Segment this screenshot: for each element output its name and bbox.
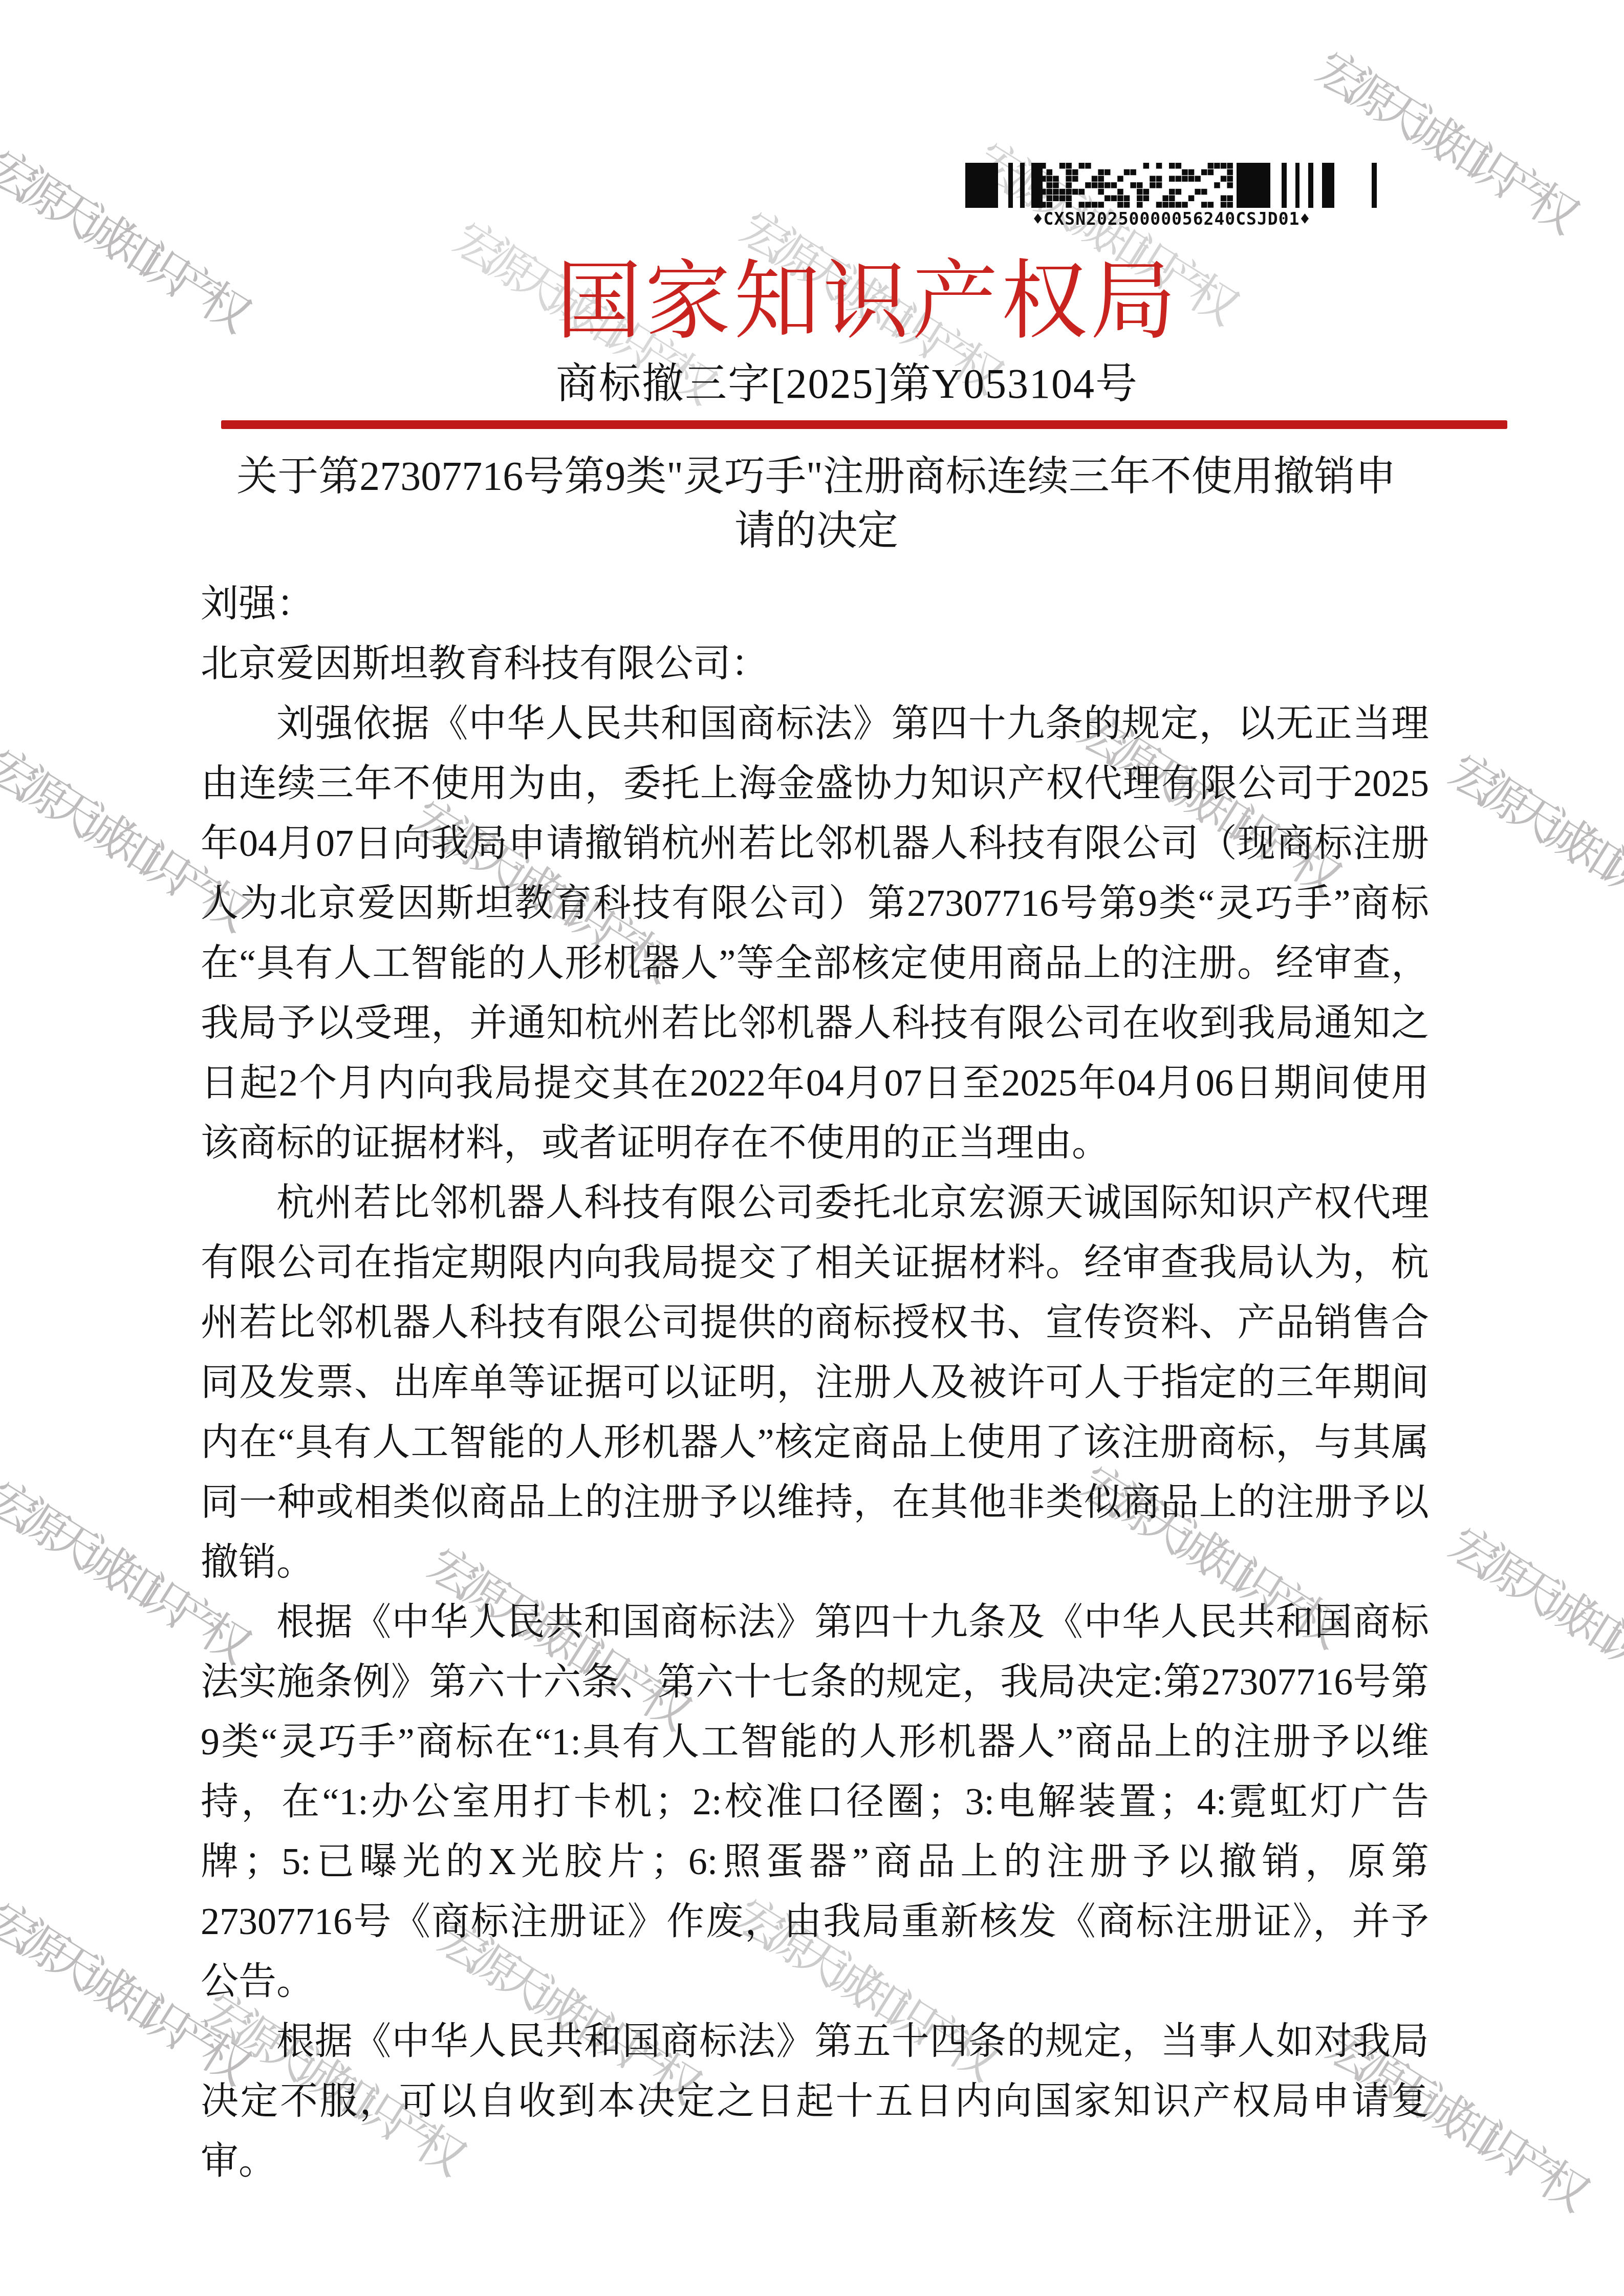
body-paragraph: 根据《中华人民共和国商标法》第四十九条及《中华人民共和国商标法实施条例》第六十六… bbox=[201, 1593, 1429, 2012]
doc-number: 商标撤三字[2025]第Y053104号 bbox=[233, 358, 1461, 410]
barcode-text: ♦CXSN20250000056240CSJD01♦ bbox=[965, 209, 1378, 229]
barcode: ♦CXSN20250000056240CSJD01♦ bbox=[965, 163, 1378, 229]
body-paragraph: 根据《中华人民共和国商标法》第五十四条的规定，当事人如对我局决定不服，可以自收到… bbox=[201, 2012, 1429, 2192]
body-text: 刘强： 北京爱因斯坦教育科技有限公司： 刘强依据《中华人民共和国商标法》第四十九… bbox=[201, 574, 1429, 2192]
recipient-line: 刘强： bbox=[201, 574, 1429, 634]
document-content: ♦CXSN20250000056240CSJD01♦ 国家知识产权局 商标撤三字… bbox=[0, 0, 1624, 2296]
document-page: { "page": {"width": 3173, "height": 4485… bbox=[0, 0, 1624, 2296]
recipient-line: 北京爱因斯坦教育科技有限公司： bbox=[201, 634, 1429, 694]
red-divider bbox=[221, 420, 1507, 429]
body-paragraph: 杭州若比邻机器人科技有限公司委托北京宏源天诚国际知识产权代理有限公司在指定期限内… bbox=[201, 1173, 1429, 1593]
decision-title: 关于第27307716号第9类"灵巧手"注册商标连续三年不使用撤销申请的决定 bbox=[233, 449, 1400, 558]
barcode-bars-image bbox=[965, 163, 1378, 208]
body-paragraph: 刘强依据《中华人民共和国商标法》第四十九条的规定，以无正当理由连续三年不使用为由… bbox=[201, 694, 1429, 1173]
agency-title: 国家知识产权局 bbox=[202, 255, 1533, 350]
